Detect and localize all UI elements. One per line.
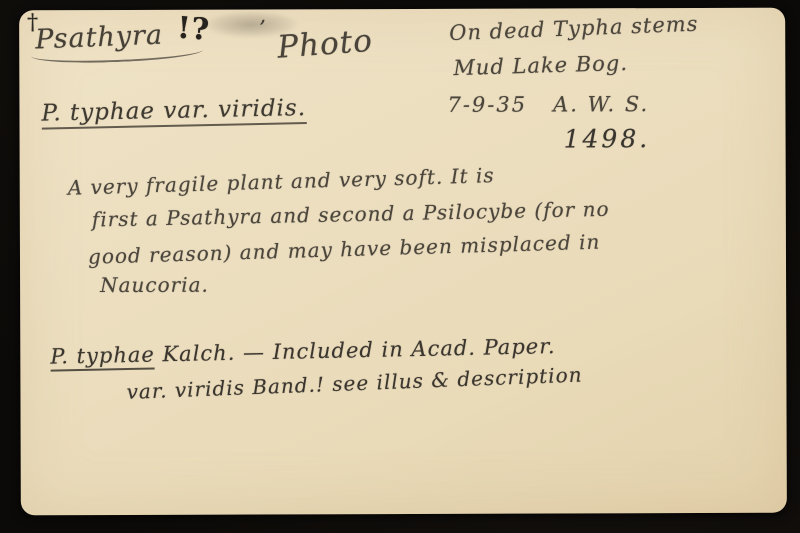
species-name-line: P. typhae var. viridis. [41, 95, 306, 127]
species-name-underlined: P. typhae var. viridis. [41, 95, 306, 130]
date-and-collector-line: 7-9-35A. W. S. [447, 92, 649, 117]
habitat-note: On dead Typha stems [449, 12, 699, 46]
note-line: Naucoria. [100, 273, 209, 297]
collector-initials: A. W. S. [553, 92, 649, 116]
photo-annotation: Photo [276, 23, 374, 66]
footer-authority-text: Kalch. — Included in Acad. Paper. [155, 334, 556, 366]
footer-species-reference: P. typhae Kalch. — Included in Acad. Pap… [50, 334, 556, 369]
title-emphasis-marks: !? [176, 11, 211, 48]
location-note: Mud Lake Bog. [453, 51, 628, 80]
collection-date: 7-9-35 [447, 93, 527, 117]
footer-species-name: P. typhae [50, 342, 155, 371]
note-line: first a Psathyra and second a Psilocybe … [92, 197, 610, 232]
footer-variety-reference: var. viridis Band.! see illus & descript… [126, 362, 583, 403]
stray-comma-mark: ’ [259, 15, 266, 39]
index-card: † Psathyra !? ’ Photo On dead Typha stem… [19, 8, 787, 516]
collection-number: 1498. [564, 124, 651, 153]
note-line: good reason) and may have been misplaced… [88, 230, 601, 269]
note-line: A very fragile plant and very soft. It i… [67, 163, 494, 200]
